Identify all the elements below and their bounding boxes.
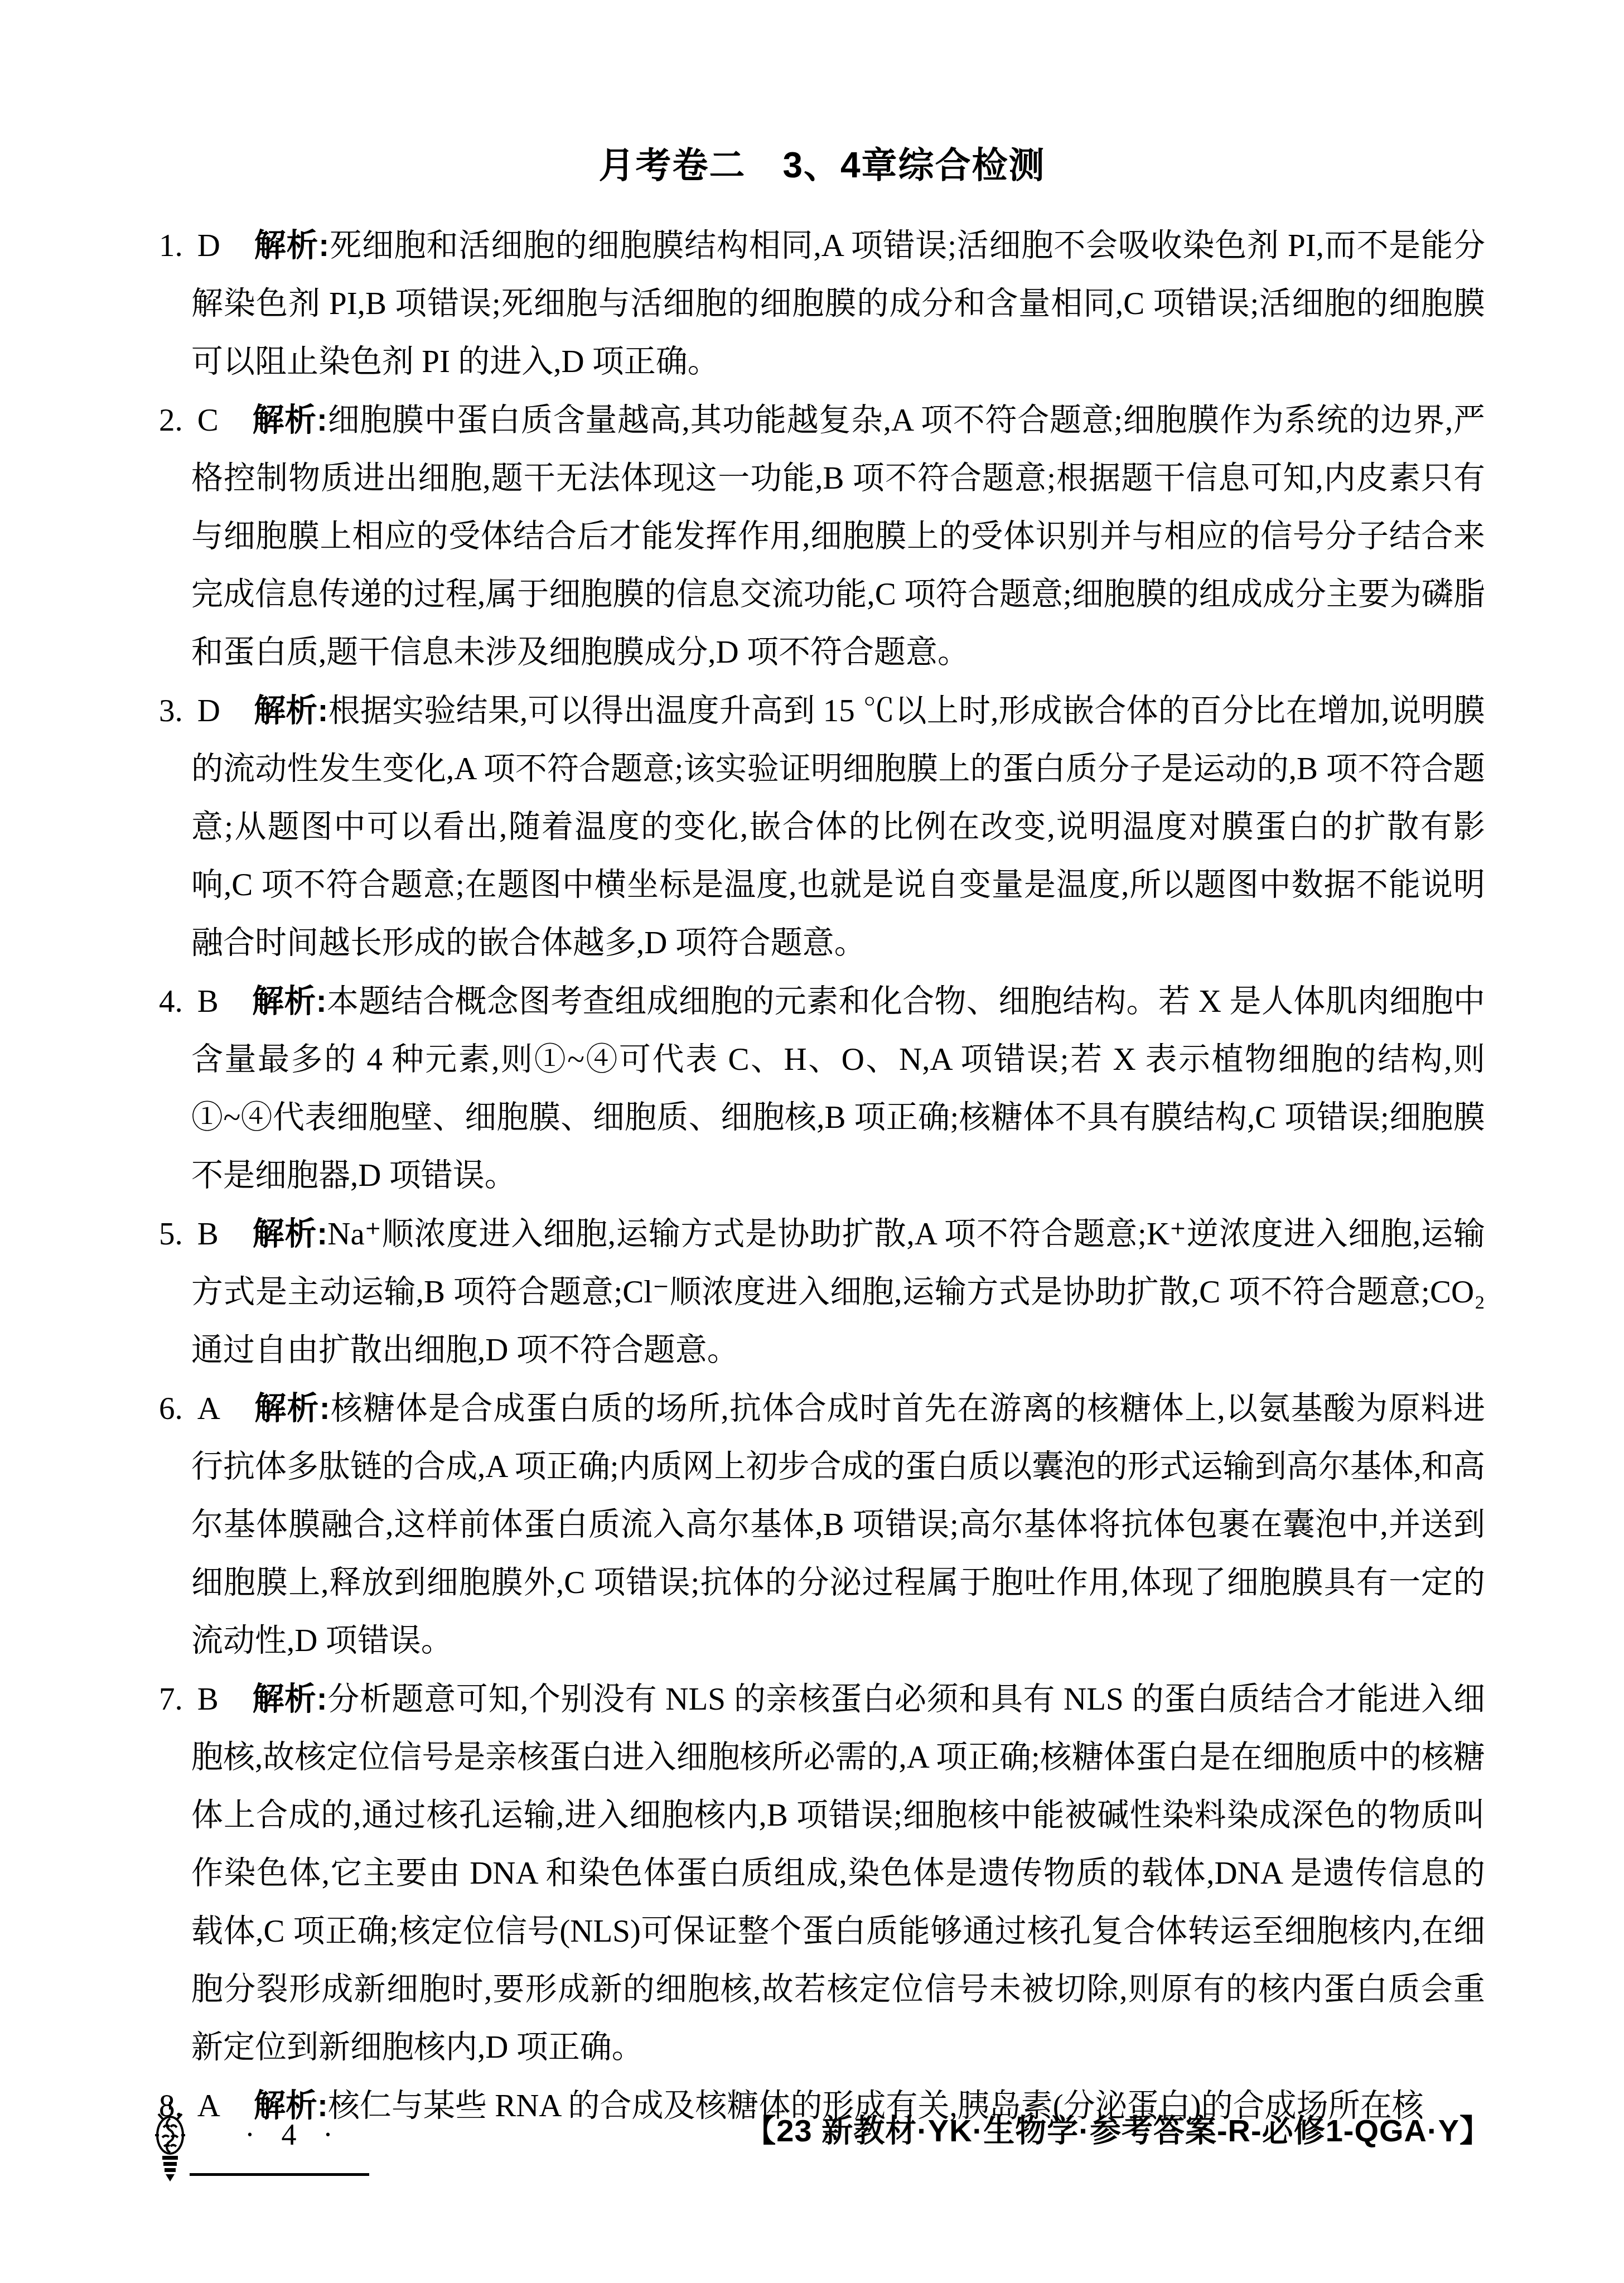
lightbulb-brain-icon (154, 2101, 186, 2184)
item-number: 1. (159, 228, 183, 263)
answer-item: 5.B解析:Na⁺顺浓度进入细胞,运输方式是协助扩散,A 项不符合题意;K⁺逆浓… (159, 1205, 1485, 1379)
item-answer: A (197, 2088, 220, 2123)
jiexi-label: 解析: (252, 983, 327, 1019)
item-answer: B (197, 1217, 219, 1252)
item-text: 核糖体是合成蛋白质的场所,抗体合成时首先在游离的核糖体上,以氨基酸为原料进行抗体… (191, 1391, 1485, 1658)
item-text: 根据实验结果,可以得出温度升高到 15 ℃以上时,形成嵌合体的百分比在增加,说明… (191, 693, 1485, 960)
jiexi-label: 解析: (252, 1681, 327, 1717)
item-text: 细胞膜中蛋白质含量越高,其功能越复杂,A 项不符合题意;细胞膜作为系统的边界,严… (191, 403, 1485, 670)
jiexi-label: 解析: (252, 402, 327, 438)
item-answer: B (197, 984, 219, 1019)
page-title: 月考卷二 3、4章综合检测 (159, 144, 1485, 186)
jiexi-label: 解析: (254, 228, 329, 263)
answer-item: 2.C解析:细胞膜中蛋白质含量越高,其功能越复杂,A 项不符合题意;细胞膜作为系… (159, 391, 1485, 682)
item-number: 4. (159, 984, 183, 1019)
item-text: Na⁺顺浓度进入细胞,运输方式是协助扩散,A 项不符合题意;K⁺逆浓度进入细胞,… (191, 1217, 1485, 1368)
page-content: 月考卷二 3、4章综合检测 1.D解析:死细胞和活细胞的细胞膜结构相同,A 项错… (159, 144, 1485, 2135)
item-answer: C (197, 403, 219, 438)
jiexi-label: 解析: (254, 693, 328, 728)
item-answer: A (197, 1391, 220, 1426)
item-number: 5. (159, 1217, 183, 1252)
answer-list: 1.D解析:死细胞和活细胞的细胞膜结构相同,A 项错误;活细胞不会吸收染色剂 P… (159, 216, 1485, 2135)
item-text: 本题结合概念图考查组成细胞的元素和化合物、细胞结构。若 X 是人体肌肉细胞中含量… (191, 984, 1485, 1193)
item-answer: D (197, 693, 220, 728)
jiexi-label: 解析: (252, 1216, 328, 1252)
answer-item: 1.D解析:死细胞和活细胞的细胞膜结构相同,A 项错误;活细胞不会吸收染色剂 P… (159, 216, 1485, 391)
answer-item: 4.B解析:本题结合概念图考查组成细胞的元素和化合物、细胞结构。若 X 是人体肌… (159, 972, 1485, 1205)
answer-item: 7.B解析:分析题意可知,个别没有 NLS 的亲核蛋白必须和具有 NLS 的蛋白… (159, 1670, 1485, 2077)
item-number: 7. (159, 1682, 183, 1717)
item-number: 3. (159, 693, 183, 728)
footer-divider (190, 2173, 369, 2176)
item-number: 2. (159, 403, 183, 438)
item-answer: D (197, 228, 220, 263)
item-number: 6. (159, 1391, 183, 1426)
item-text: 分析题意可知,个别没有 NLS 的亲核蛋白必须和具有 NLS 的蛋白质结合才能进… (191, 1682, 1485, 2065)
item-answer: B (197, 1682, 219, 1717)
answer-item: 6.A解析:核糖体是合成蛋白质的场所,抗体合成时首先在游离的核糖体上,以氨基酸为… (159, 1379, 1485, 1670)
item-text: 死细胞和活细胞的细胞膜结构相同,A 项错误;活细胞不会吸收染色剂 PI,而不是能… (191, 228, 1485, 379)
answer-item: 3.D解析:根据实验结果,可以得出温度升高到 15 ℃以上时,形成嵌合体的百分比… (159, 682, 1485, 972)
footer-imprint: 【23 新教材·YK·生物学·参考答案-R-必修1-QGA·Y】 (745, 2106, 1491, 2151)
jiexi-label: 解析: (254, 1391, 330, 1426)
page-number: · 4 · (222, 2117, 356, 2152)
